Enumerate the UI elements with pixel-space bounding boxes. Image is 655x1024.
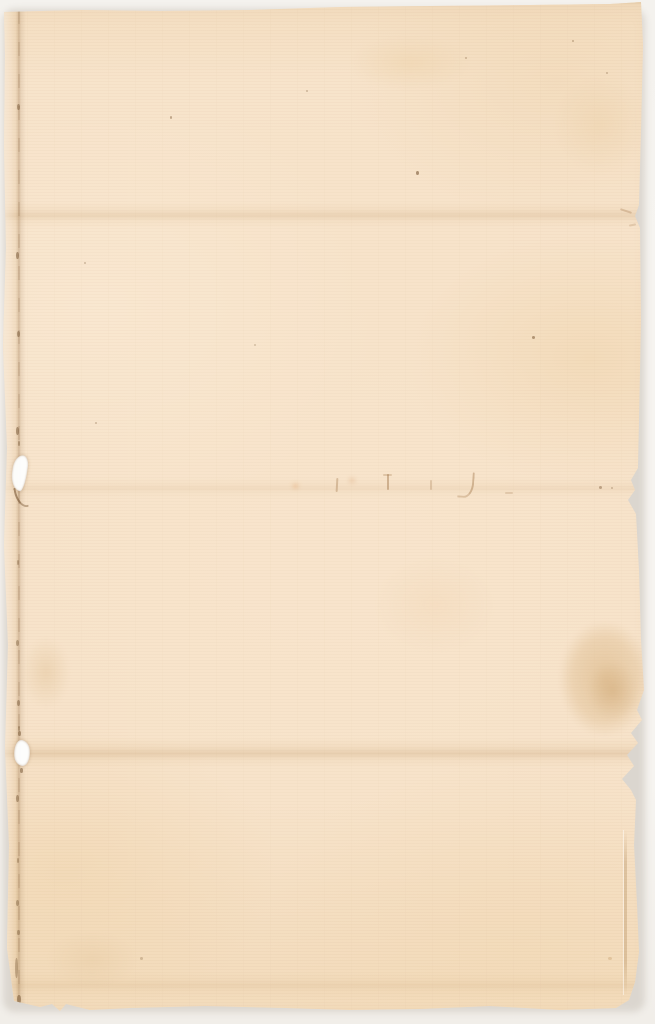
stitch-mark — [16, 640, 19, 646]
stitch-mark — [17, 331, 20, 337]
right-edge-crease-dash — [620, 208, 632, 214]
showthrough-spot — [347, 476, 357, 485]
stain-left-middle — [14, 625, 78, 720]
fold-crease-lower — [0, 738, 655, 768]
worm-hole-upper-tail — [13, 486, 28, 509]
fold-crease-middle — [0, 477, 655, 499]
right-edge-vertical-crease — [624, 830, 627, 995]
foxing-speck — [599, 486, 602, 489]
stitch-mark — [17, 560, 19, 565]
stitch-mark — [16, 795, 19, 802]
right-edge-crease-dash — [629, 223, 636, 226]
showthrough-stroke — [387, 474, 389, 490]
stain-top-right — [540, 60, 655, 190]
stitch-mark — [17, 858, 19, 863]
stitch-mark — [17, 104, 20, 110]
foxing-speck — [306, 90, 308, 92]
paper-sheet — [0, 0, 655, 1024]
stain-bottom-left — [36, 925, 148, 995]
fold-crease-top — [0, 202, 655, 228]
showthrough-j-stroke — [457, 471, 475, 498]
worm-hole-upper — [10, 454, 30, 492]
stitch-mark — [20, 768, 23, 773]
foxing-speck — [416, 171, 419, 175]
stitch-mark — [15, 958, 18, 978]
stain-center-right — [360, 545, 510, 665]
foxing-speck — [140, 957, 143, 960]
foxing-speck — [611, 487, 613, 489]
foxing-speck — [84, 262, 86, 264]
foxing-speck — [254, 344, 256, 346]
worm-hole-lower — [13, 739, 31, 766]
foxing-speck — [465, 57, 467, 59]
showthrough-stroke — [336, 478, 339, 492]
stitch-mark — [17, 930, 20, 935]
foxing-speck — [532, 336, 535, 339]
foxing-speck — [170, 116, 172, 119]
stitch-mark — [18, 441, 20, 446]
laid-paper-texture — [0, 0, 655, 1024]
binding-crease-line — [18, 10, 20, 1005]
showthrough-stroke — [383, 474, 392, 476]
stitch-mark — [17, 700, 20, 706]
fold-crease-bottom — [0, 972, 655, 998]
stitch-mark — [16, 252, 19, 259]
stitch-mark — [16, 900, 19, 906]
stitch-mark — [18, 731, 21, 736]
showthrough-spot — [291, 482, 300, 490]
stitch-mark — [16, 427, 19, 435]
foxing-speck — [606, 72, 608, 74]
showthrough-stroke — [430, 480, 432, 490]
foxing-speck — [95, 422, 97, 424]
stain-right-edge-core — [582, 655, 644, 727]
foxing-speck — [572, 40, 574, 42]
foxing-speck — [608, 957, 612, 960]
scanner-background — [0, 0, 655, 1024]
stitch-mark — [18, 726, 20, 731]
showthrough-stroke — [505, 492, 513, 494]
stain-top-center — [330, 28, 490, 98]
